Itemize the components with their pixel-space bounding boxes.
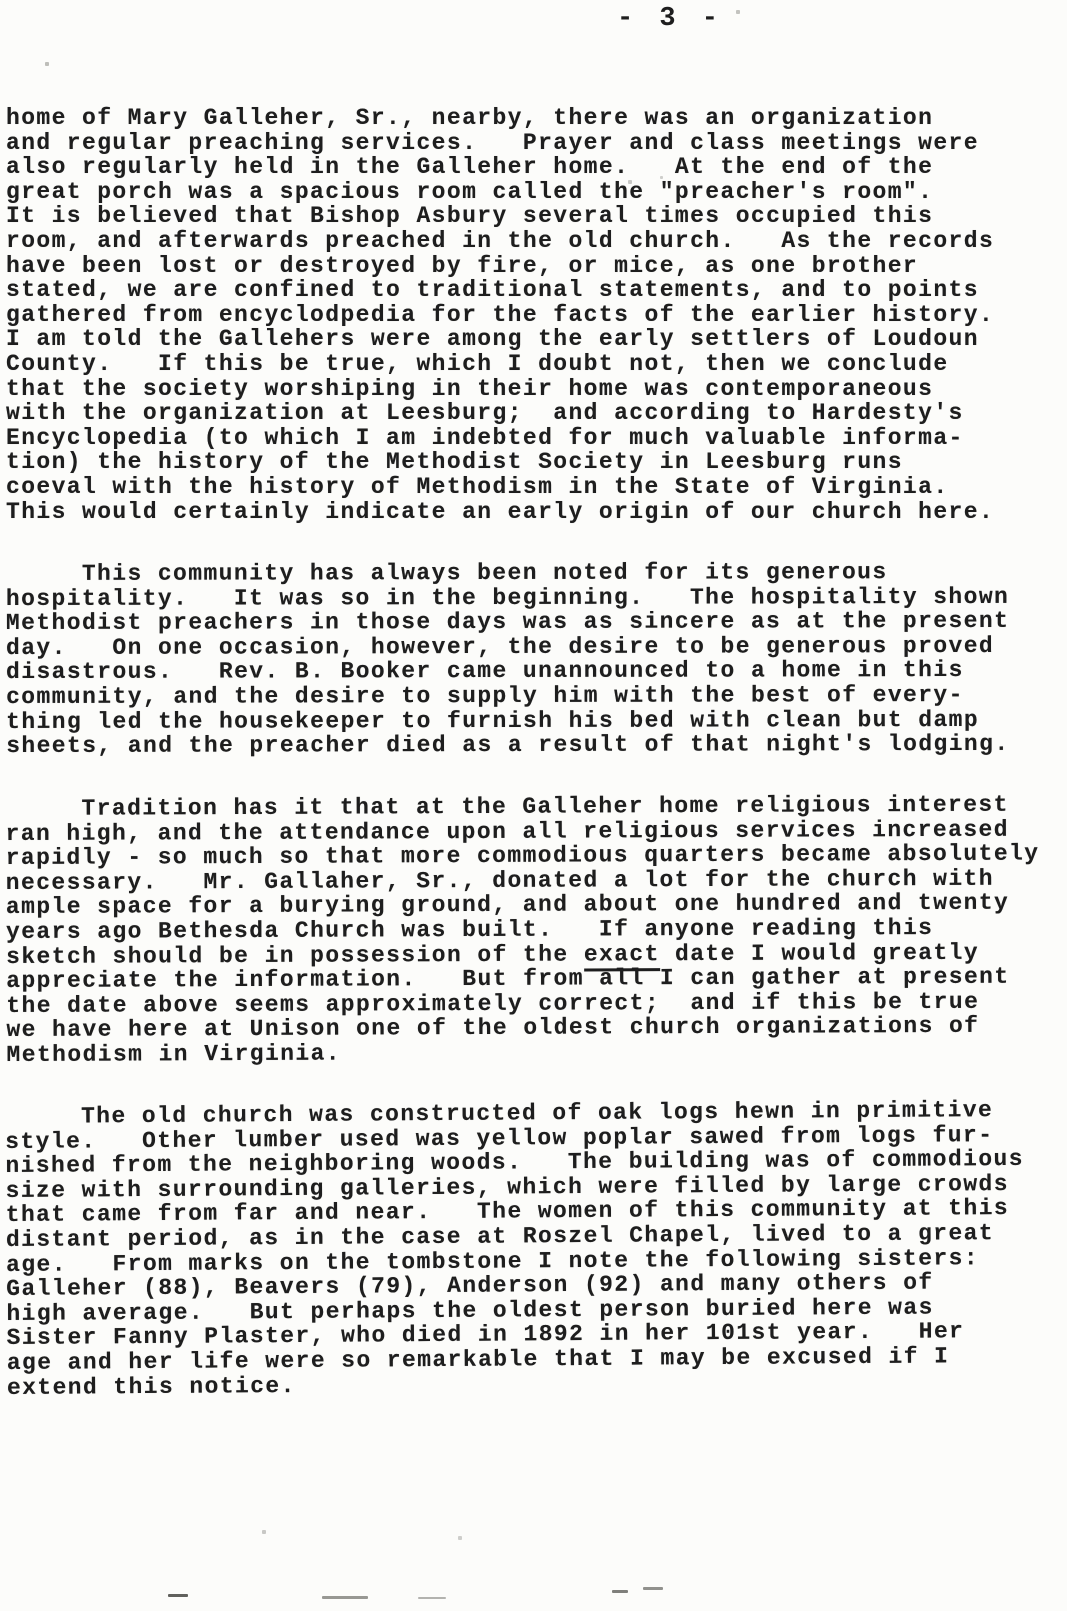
text-line: day. On one occasion, however, the desir…	[6, 634, 1067, 661]
text-segment: gathered from encyclodpedia for the fact…	[6, 302, 994, 328]
text-segment: stated, we are confined to traditional s…	[6, 277, 979, 303]
page-number: - 3 -	[0, 4, 1067, 34]
text-segment: we have here at Unison one of the oldest…	[6, 1013, 979, 1043]
text-segment: and regular preaching services. Prayer a…	[6, 130, 979, 156]
text-line: tion) the history of the Methodist Socie…	[6, 450, 1067, 475]
text-segment: that the society worshiping in their hom…	[6, 376, 933, 402]
text-segment: with the organization at Leesburg; and a…	[6, 400, 964, 426]
text-segment: This would certainly indicate an early o…	[6, 499, 994, 525]
text-line: stated, we are confined to traditional s…	[6, 278, 1067, 303]
paragraph: This community has always been noted for…	[6, 560, 1067, 759]
scan-speck	[458, 1536, 462, 1540]
text-segment: date I would greatly	[660, 939, 979, 966]
text-line: community, and the desire to supply him …	[6, 683, 1067, 710]
text-segment: sheets, and the preacher died as a resul…	[6, 731, 1009, 759]
text-line: and regular preaching services. Prayer a…	[6, 131, 1067, 156]
text-segment: tion) the history of the Methodist Socie…	[6, 449, 903, 475]
text-segment: extend this notice.	[7, 1373, 296, 1401]
text-line: Methodism in Virginia.	[6, 1038, 1067, 1067]
scan-speck	[418, 1597, 446, 1599]
text-line: gathered from encyclodpedia for the fact…	[6, 303, 1067, 328]
text-line: have been lost or destroyed by fire, or …	[6, 254, 1067, 279]
text-line: with the organization at Leesburg; and a…	[6, 401, 1067, 426]
text-line: Encyclopedia (to which I am indebted for…	[6, 426, 1067, 451]
text-segment: Encyclopedia (to which I am indebted for…	[6, 425, 964, 451]
text-line: great porch was a spacious room called t…	[6, 180, 1067, 205]
text-line: coeval with the history of Methodism in …	[6, 475, 1067, 500]
text-line: disastrous. Rev. B. Booker came unannoun…	[6, 658, 1067, 685]
text-segment: It is believed that Bishop Asbury severa…	[6, 203, 933, 229]
text-line: I am told the Gallehers were among the e…	[6, 327, 1067, 352]
text-line: sheets, and the preacher died as a resul…	[6, 732, 1067, 759]
paragraph: Tradition has it that at the Galleher ho…	[5, 792, 1067, 1067]
text-line: also regularly held in the Galleher home…	[6, 155, 1067, 180]
scanned-document-page: - 3 - home of Mary Galleher, Sr., nearby…	[0, 0, 1067, 1611]
scan-speck	[322, 1596, 368, 1599]
text-segment: This community has always been noted for…	[6, 559, 888, 587]
text-line: Methodist preachers in those days was as…	[6, 609, 1067, 636]
text-segment: great porch was a spacious room called t…	[6, 179, 933, 205]
text-segment: Methodism in Virginia.	[6, 1040, 341, 1067]
paragraph: The old church was constructed of oak lo…	[5, 1098, 1067, 1401]
text-line: It is believed that Bishop Asbury severa…	[6, 204, 1067, 229]
text-line: This would certainly indicate an early o…	[6, 500, 1067, 525]
scan-speck	[45, 62, 49, 66]
scan-speck	[168, 1594, 188, 1597]
text-line: County. If this be true, which I doubt n…	[6, 352, 1067, 377]
text-segment: County. If this be true, which I doubt n…	[6, 351, 949, 377]
text-line: hospitality. It was so in the beginning.…	[6, 584, 1067, 611]
text-segment: also regularly held in the Galleher home…	[6, 154, 933, 180]
text-segment: home of Mary Galleher, Sr., nearby, ther…	[6, 105, 933, 131]
text-line: room, and afterwards preached in the old…	[6, 229, 1067, 254]
scan-speck	[262, 1530, 266, 1534]
paragraph: home of Mary Galleher, Sr., nearby, ther…	[6, 106, 1067, 524]
text-line: This community has always been noted for…	[6, 560, 1067, 587]
text-segment: coeval with the history of Methodism in …	[6, 474, 949, 500]
text-segment: room, and afterwards preached in the old…	[6, 228, 994, 254]
text-segment: I am told the Gallehers were among the e…	[6, 326, 979, 352]
document-body: home of Mary Galleher, Sr., nearby, ther…	[6, 106, 1067, 1439]
scan-speck	[643, 1587, 663, 1590]
scan-speck	[612, 1590, 628, 1593]
text-line: thing led the housekeeper to furnish his…	[6, 707, 1067, 734]
text-segment: have been lost or destroyed by fire, or …	[6, 253, 918, 279]
text-line: we have here at Unison one of the oldest…	[6, 1014, 1067, 1043]
text-line: that the society worshiping in their hom…	[6, 377, 1067, 402]
text-line: home of Mary Galleher, Sr., nearby, ther…	[6, 106, 1067, 131]
text-line: extend this notice.	[7, 1368, 1067, 1400]
